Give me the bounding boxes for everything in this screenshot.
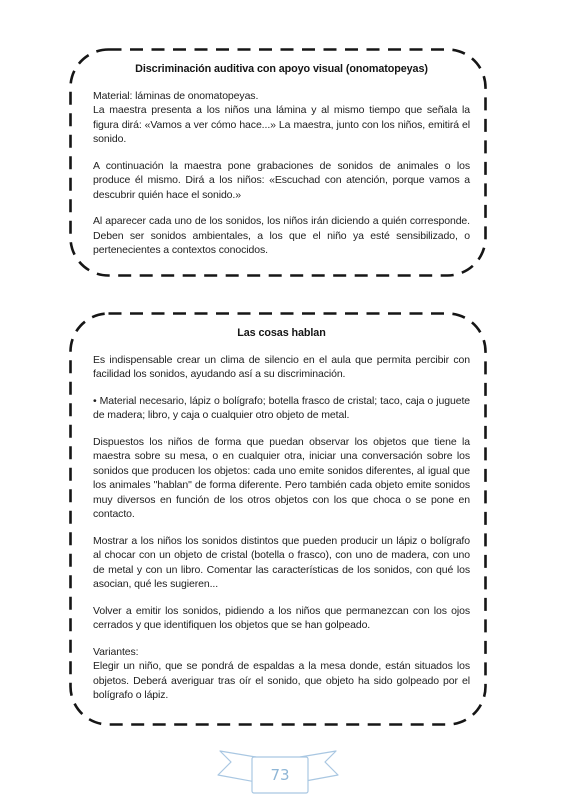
- paragraph: Material: láminas de onomatopeyas. La ma…: [93, 89, 470, 147]
- paragraph: • Material necesario, lápiz o bolígrafo;…: [93, 394, 470, 423]
- activity-title: Las cosas hablan: [93, 326, 470, 341]
- paragraph: Dispuestos los niños de forma que puedan…: [93, 435, 470, 522]
- paragraph: Es indispensable crear un clima de silen…: [93, 353, 470, 382]
- page-number-banner-icon: 73: [216, 750, 340, 796]
- paragraph: Volver a emitir los sonidos, pidiendo a …: [93, 604, 470, 633]
- paragraph: Variantes: Elegir un niño, que se pondrá…: [93, 645, 470, 703]
- page-number: 73: [270, 766, 289, 784]
- paragraph: A continuación la maestra pone grabacion…: [93, 159, 470, 203]
- activity-box-1: Discriminación auditiva con apoyo visual…: [93, 62, 470, 258]
- activity-title: Discriminación auditiva con apoyo visual…: [93, 62, 470, 77]
- document-page: Discriminación auditiva con apoyo visual…: [0, 0, 565, 800]
- paragraph: Mostrar a los niños los sonidos distinto…: [93, 534, 470, 592]
- ribbon-left-tail: [218, 751, 256, 782]
- activity-box-2: Las cosas hablan Es indispensable crear …: [93, 326, 470, 703]
- paragraph: Al aparecer cada uno de los sonidos, los…: [93, 214, 470, 258]
